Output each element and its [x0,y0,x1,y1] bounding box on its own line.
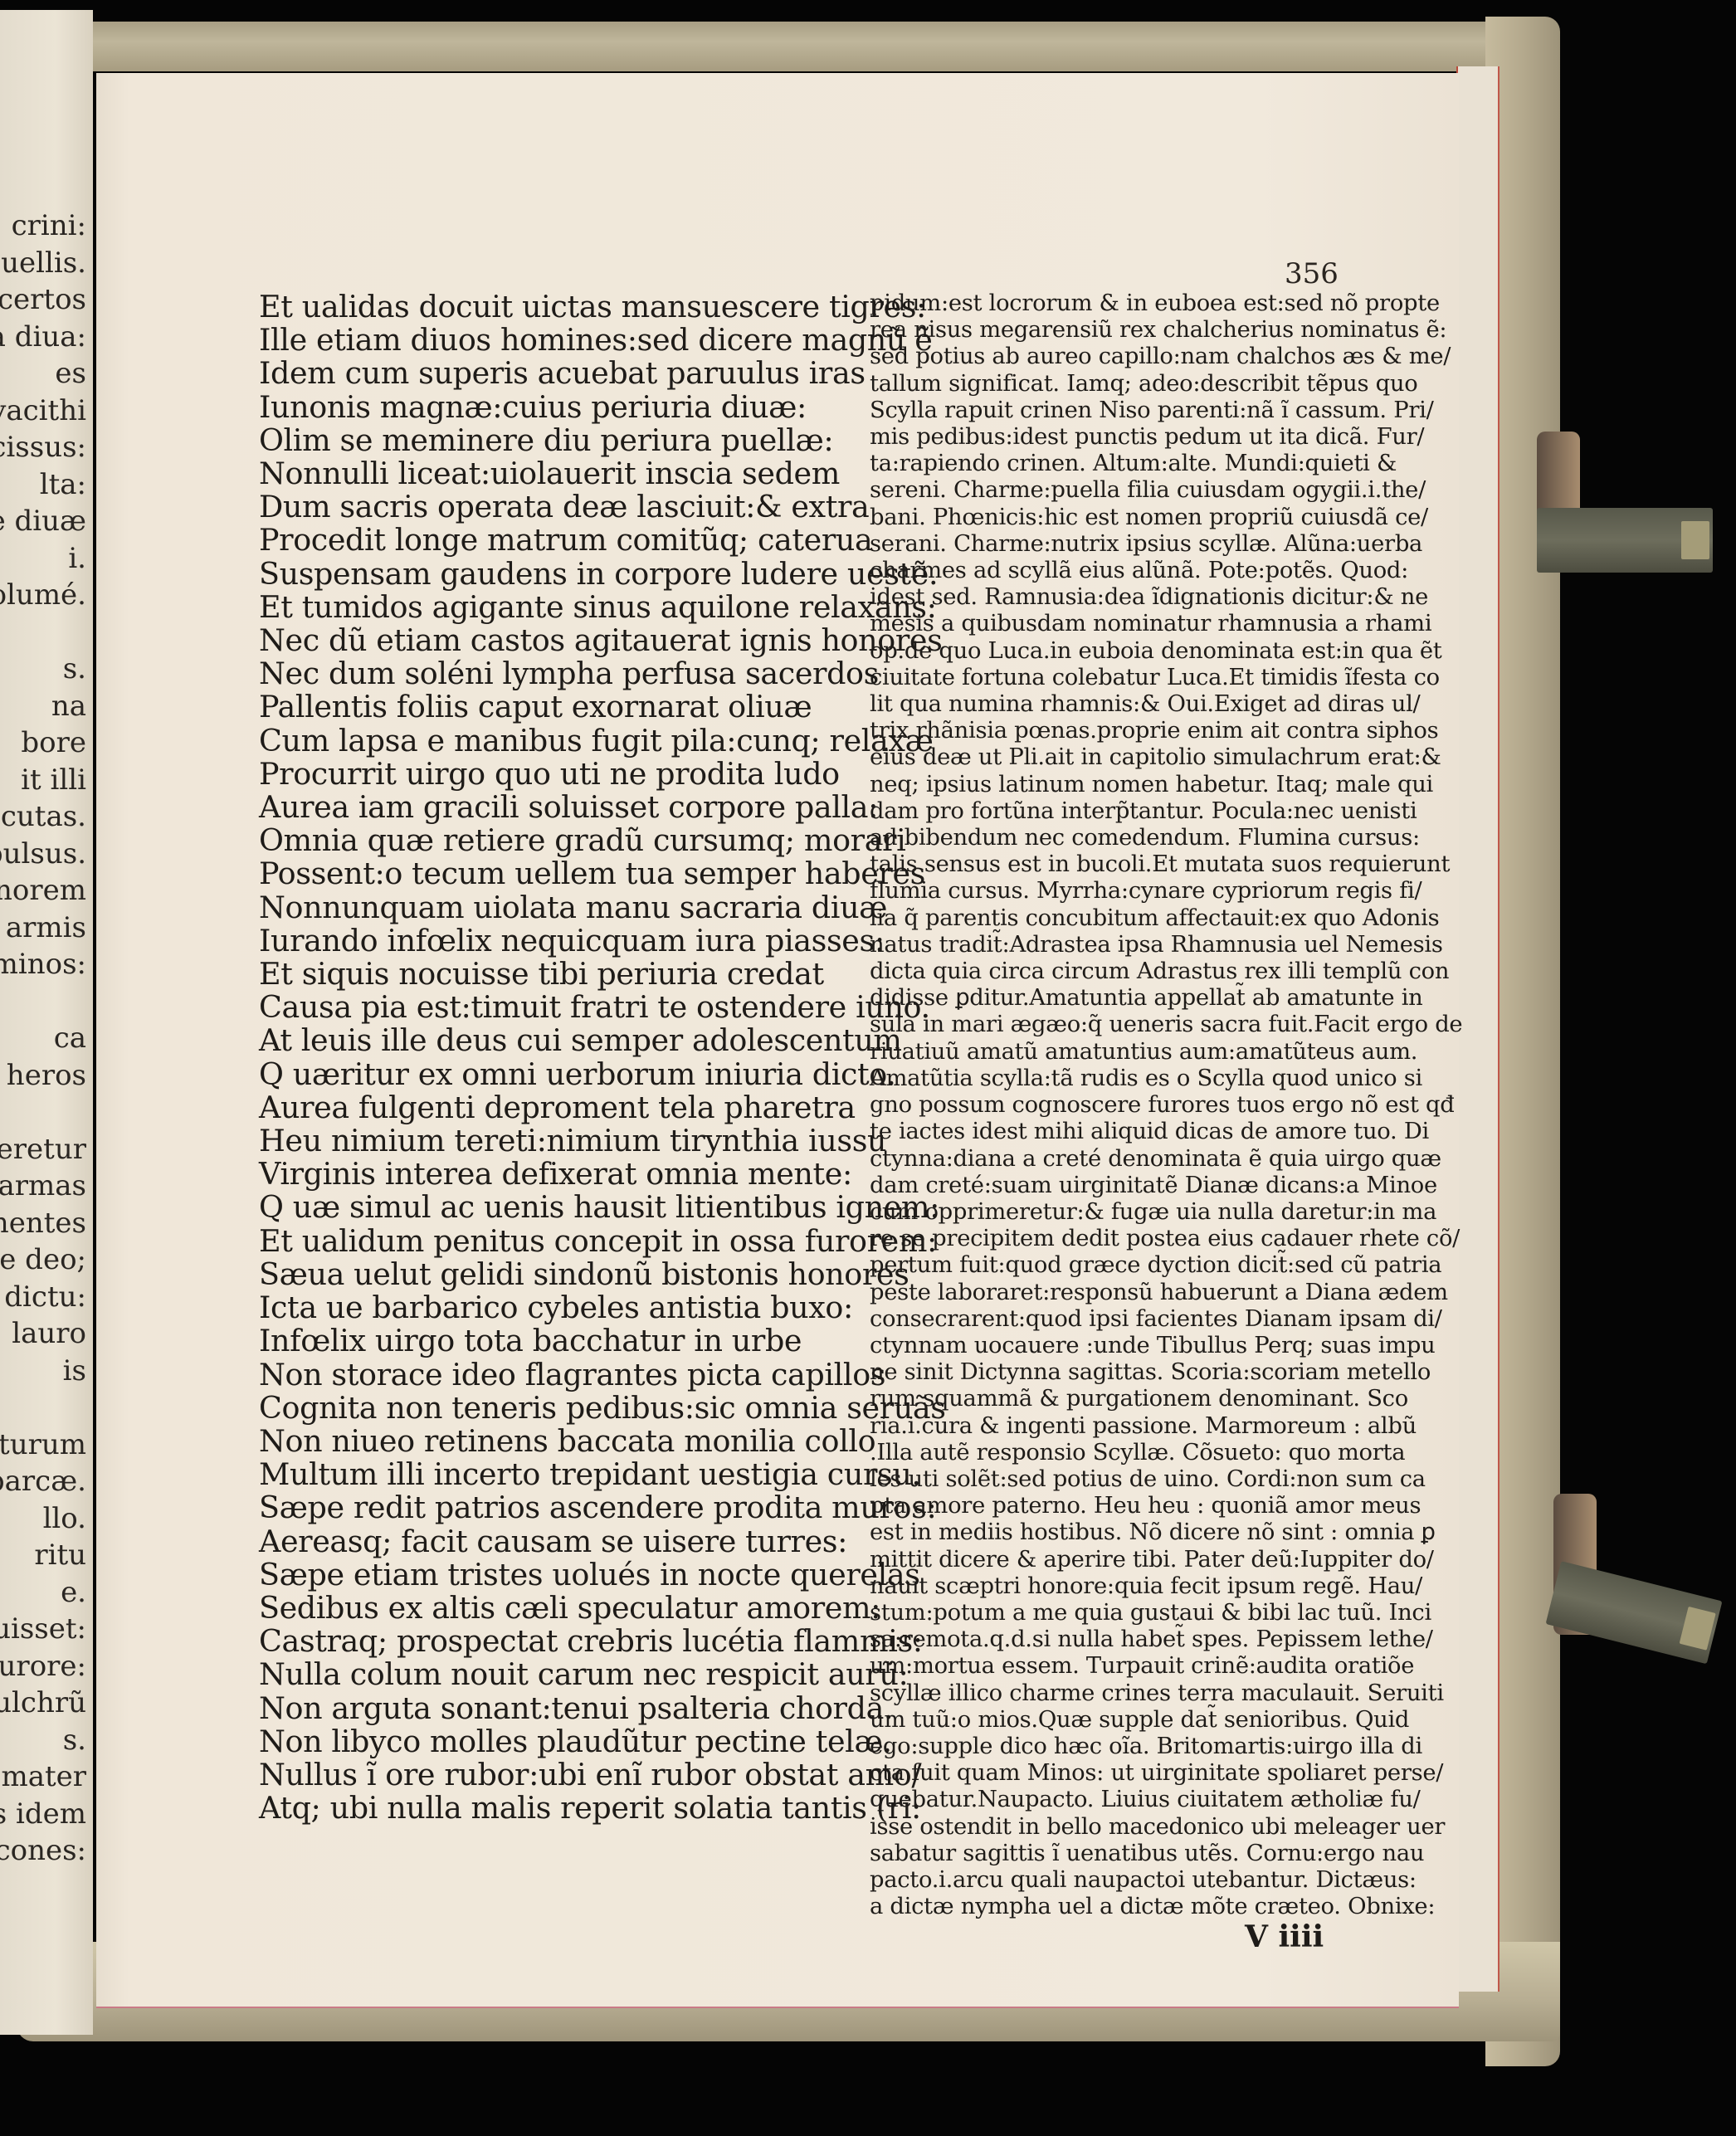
verse-line: Non niueo retinens baccata monilia collo [259,1425,856,1458]
commentary-line: flumia cursus. Myrrha:cynare cypriorum r… [870,878,1381,905]
verse-line: Nec dum soléni lympha perfusa sacerdos [259,657,856,690]
commentary-line: a dictæ nympha uel a dictæ mõte cræteo. … [870,1894,1381,1920]
verse-line: Suspensam gaudens in corpore ludere uest… [259,558,856,591]
commentary-line: rea nisus megarensiũ rex chalcherius nom… [870,317,1381,344]
commentary-line: re se precipitem dedit postea eius cadau… [870,1226,1381,1252]
verse-line: Icta ue barbarico cybeles antistia buxo: [259,1291,856,1324]
commentary-line: ciuitate fortuna colebatur Luca.Et timid… [870,665,1381,691]
facing-page-fragment: sse puellis. [0,246,86,280]
recto-page: 356 Et ualidas docuit uictas mansuescere… [96,73,1459,2008]
commentary-line: op.de quo Luca.in euboia denominata est:… [870,638,1381,665]
page-edge-stack [1456,66,1499,1992]
facing-page-fragment: e parcæ. [0,1465,86,1498]
commentary-line: ta:rapiendo crinen. Altum:alte. Mundi:qu… [870,451,1381,477]
facing-page-fragment: lta: [40,468,86,501]
verse-line: Ille etiam diuos homines:sed dicere magn… [259,324,856,357]
commentary-line: pidum:est locrorum & in euboea est:sed n… [870,290,1381,317]
facing-page-fragment: re mater [0,1760,86,1793]
commentary-line: ne sinit Dictynna sagittas. Scoria:scori… [870,1359,1381,1386]
verse-line: Nonnunquam uiolata manu sacraria diuæ [259,891,856,924]
facing-page-fragment: onorem [0,874,86,907]
verse-line: Idem cum superis acuebat paruulus iras [259,357,856,390]
facing-page-fragment: i. [68,542,86,575]
commentary-line: eius deæ ut Pli.ait in capitolio simulac… [870,744,1381,771]
facing-page-fragment: s idem [0,1797,86,1831]
commentary-column: pidum:est locrorum & in euboea est:sed n… [870,290,1381,1920]
commentary-line: serani. Charme:nutrix ipsius scyllæ. Alũ… [870,531,1381,558]
verse-line: Omnia quæ retiere gradũ cursumq; morari [259,824,856,857]
verse-line: Et tumidos agigante sinus aquilone relax… [259,591,856,624]
commentary-line: gno possum cognoscere furores tuos ergo … [870,1092,1381,1119]
facing-page-fragment: acutas. [0,800,86,833]
commentary-line: sula in mari ægæo:q̃ ueneris sacra fuit.… [870,1012,1381,1038]
commentary-line: um tuũ:o mios.Quæ supple dat̃ senioribus… [870,1707,1381,1734]
commentary-line: riuatiuũ amatũ amatuntius aum:amatũteus … [870,1039,1381,1066]
verse-line: Et siquis nocuisse tibi periuria credat [259,958,856,991]
verse-line: Sedibus ex altis cæli speculatur amorem: [259,1592,856,1625]
facing-page-fragment: furore: [0,1650,86,1683]
commentary-line: charmes ad scyllã eius alũnã. Pote:potẽs… [870,558,1381,584]
verse-line: Olim se meminere diu periura puellæ: [259,424,856,457]
verse-line: Castraq; prospectat crebris lucétia flam… [259,1625,856,1658]
verse-line: Aurea iam gracili soluisset corpore pall… [259,791,856,824]
verse-line: Non arguta sonant:tenui psalteria chorda… [259,1692,856,1725]
verse-line: Cum lapsa e manibus fugit pila:cunq; rel… [259,724,856,758]
verse-line: Causa pia est:timuit fratri te ostendere… [259,991,856,1024]
clasp-lower [1546,1561,1723,1664]
verse-column: Et ualidas docuit uictas mansuescere tig… [259,290,856,1825]
commentary-line: tallum significat. Iamq; adeo:describit … [870,371,1381,397]
commentary-line: trix rhãnisia pœnas.proprie enim ait con… [870,718,1381,744]
verse-line: Possent:o tecum uellem tua semper habere… [259,857,856,890]
verse-line: Virginis interea defixerat omnia mente: [259,1158,856,1191]
facing-page-fragment: armas [0,1169,86,1202]
verse-line: Procurrit uirgo quo uti ne prodita ludo [259,758,856,791]
facing-page-fragment: dictu: [4,1280,86,1314]
commentary-line: mesis a quibusdam nominatur rhamnusia a … [870,611,1381,637]
commentary-line: ad bibendum nec comedendum. Flumina curs… [870,825,1381,851]
commentary-line: sereni. Charme:puella filia cuiusdam ogy… [870,477,1381,504]
facing-page-fragment: pulsus. [0,837,86,870]
verse-line: At leuis ille deus cui semper adolescent… [259,1024,856,1057]
verse-line: Multum illi incerto trepidant uestigia c… [259,1458,856,1491]
verse-line: Q uæ simul ac uenis hausit litientibus i… [259,1191,856,1224]
verse-line: Nec dũ etiam castos agitauerat ignis hon… [259,624,856,657]
verse-line: Aurea fulgenti deproment tela pharetra [259,1091,856,1124]
commentary-line: idest sed. Ramnusia:dea ĩdignationis dic… [870,584,1381,611]
facing-page-fragment: uisset: [0,1612,86,1646]
vellum-binding-top [79,22,1539,71]
commentary-line: pertum fuit:quod græce dyction dicit̃:se… [870,1252,1381,1279]
verse-line: Non storace ideo flagrantes picta capill… [259,1358,856,1392]
commentary-line: peste laboraret:responsũ habuerunt a Dia… [870,1280,1381,1306]
verse-line: Dum sacris operata deæ lasciuit:& extra [259,490,856,524]
verse-line: Sæpe redit patrios ascendere prodita mur… [259,1491,856,1524]
verse-line: Atq; ubi nulla malis reperit solatia tan… [259,1792,856,1825]
commentary-line: .Illa autẽ responsio Scyllæ. Cõsueto: qu… [870,1440,1381,1466]
commentary-line: isse ostendit in bello macedonico ubi me… [870,1814,1381,1841]
facing-page-fragment: heros [7,1059,86,1092]
verse-line: Iunonis magnæ:cuius periuria diuæ: [259,391,856,424]
commentary-line: ctynna:diana a creté denominata ẽ quia u… [870,1146,1381,1173]
commentary-line: stum:potum a me quia gustaui & bibi lac … [870,1600,1381,1626]
verse-line: Sæua uelut gelidi sindonũ bistonis honor… [259,1258,856,1291]
verse-line: Q uæritur ex omni uerborum iniuria dicto… [259,1058,856,1091]
verse-line: Iurando infœlix nequicquam iura piasses: [259,924,856,958]
commentary-line: les uti solẽt:sed potius de uino. Cordi:… [870,1466,1381,1493]
verse-line: Nonnulli liceat:uiolauerit inscia sedem [259,457,856,490]
verse-line: Et ualidas docuit uictas mansuescere tig… [259,290,856,324]
facing-page-fragment: es [55,357,86,390]
commentary-line: sed potius ab aureo capillo:nam chalchos… [870,344,1381,370]
facing-page-fragment: arcissus: [0,431,86,464]
verse-line: Infœlix uirgo tota bacchatur in urbe [259,1324,856,1358]
facing-page-fragment: ge diuæ [0,505,86,538]
facing-page-fragment: t in armis [0,911,86,944]
clasp-tip-lower [1680,1607,1716,1651]
verse-line: Aereasq; facit causam se uisere turres: [259,1525,856,1558]
commentary-line: talis sensus est in bucoli.Et mutata suo… [870,851,1381,878]
commentary-line: bani. Phœnicis:hic est nomen propriũ cui… [870,505,1381,531]
commentary-line: lia q̃ parentis concubitum affectauit:ex… [870,905,1381,932]
verse-line: Cognita non teneris pedibus:sic omnia se… [259,1392,856,1425]
commentary-line: pta amore paterno. Heu heu : quoniã amor… [870,1493,1381,1519]
verse-line: Pallentis foliis caput exornarat oliuæ [259,690,856,724]
commentary-line: lit qua numina rhamnis:& Oui.Exiget ad d… [870,691,1381,718]
commentary-line: mis pedibus:idest punctis pedum ut ita d… [870,424,1381,451]
facing-page-fragment: bore [21,726,86,759]
clasp-upper [1537,508,1713,573]
facing-page-fragment: it illi [21,763,86,797]
commentary-line: quebatur.Naupacto. Liuius ciuitatem ætho… [870,1787,1381,1813]
facing-page-fragment: na [51,690,86,723]
commentary-line: Scylla rapuit crinen Niso parenti:nã ĩ c… [870,397,1381,424]
facing-page-fragment: s. [63,652,86,685]
commentary-line: didisse ꝑditur.Amatuntia appellat̃ ab am… [870,985,1381,1012]
commentary-line: cum opprimeretur:& fugæ uia nulla daretu… [870,1199,1381,1226]
verse-line: Non libyco molles plaudũtur pectine telæ… [259,1725,856,1758]
facing-page-fragment: cones: [0,1834,86,1867]
facing-page-fragment: crini: [12,209,86,242]
verse-line: Heu nimium tereti:nimium tirynthia iussu [259,1124,856,1158]
facing-page-fragment: s. [63,1724,86,1757]
commentary-line: scyllæ illico charme crines terra macula… [870,1680,1381,1707]
facing-page-fragment: hyacithi [0,394,86,427]
facing-page-fragment: mia diua: [0,320,86,354]
commentary-line: dam creté:suam uirginitatẽ Dianæ dicans:… [870,1173,1381,1199]
commentary-line: Amatũtia scylla:tã rudis es o Scylla quo… [870,1066,1381,1092]
facing-page-fragment: ritu [34,1539,86,1572]
commentary-line: mittit dicere & aperire tibi. Pater deũ:… [870,1547,1381,1573]
facing-page-fragment: tere certos [0,283,86,316]
commentary-line: ctynnam uocauere :unde Tibullus Perq; su… [870,1333,1381,1359]
clasp-tip-upper [1681,521,1709,559]
commentary-line: consecrarent:quod ipsi facientes Dianam … [870,1306,1381,1333]
facing-page-fragment: olumé. [0,578,86,612]
facing-page-fragment: ca [54,1022,86,1055]
facing-page-fragment: e. [61,1576,86,1609]
verse-line: Nulla colum nouit carum nec respicit aur… [259,1658,856,1691]
facing-page-fragment: lauro [12,1317,86,1350]
commentary-line: sabatur sagittis ĩ uenatibus utẽs. Cornu… [870,1841,1381,1867]
facing-page-fragment: epulchrũ [0,1686,86,1719]
verse-line: Nullus ĩ ore rubor:ubi enĩ rubor obstat … [259,1758,856,1792]
commentary-line: dicta quia circa circum Adrastus rex ill… [870,958,1381,985]
verse-line: Sæpe etiam tristes uolués in nocte quere… [259,1558,856,1592]
commentary-line: rum squammã & purgationem denominant. Sc… [870,1386,1381,1412]
verse-line: Et ualidum penitus concepit in ossa furo… [259,1225,856,1258]
facing-page-fragment: llo. [43,1502,86,1535]
commentary-line: te iactes idest mihi aliquid dicas de am… [870,1119,1381,1145]
commentary-line: neq; ipsius latinum nomen habetur. Itaq;… [870,772,1381,798]
facing-page-fragment: sse deo; [0,1243,86,1276]
commentary-line: pacto.i.arcu quali naupactoi utebantur. … [870,1867,1381,1894]
facing-page-fragment: futurum [0,1428,86,1461]
facing-page-fragment: is [63,1354,86,1387]
facing-page-left: crini:sse puellis.tere certosmia diua:es… [0,10,93,2035]
verse-line: Procedit longe matrum comitũq; caterua [259,524,856,557]
commentary-line: sa:remota.q.d.si nulla habet̃ spes. Pepi… [870,1626,1381,1653]
commentary-line: ego:supple dico hæc oĩa. Britomartis:uir… [870,1734,1381,1760]
facing-page-fragment: minos: [0,948,86,981]
commentary-line: est in mediis hostibus. Nõ dicere nõ sin… [870,1519,1381,1546]
commentary-line: dam pro fortũna interp̃tantur. Pocula:ne… [870,798,1381,825]
folio-number: 356 [1285,257,1339,290]
signature-mark: V iiii [1245,1919,1324,1954]
commentary-line: natus tradit̃:Adrastea ipsa Rhamnusia ue… [870,932,1381,958]
commentary-line: cta fuit quam Minos: ut uirginitate spol… [870,1760,1381,1787]
facing-page-fragment: ueretur [0,1133,86,1166]
commentary-line: nauit scæptri honore:quia fecit ipsum re… [870,1573,1381,1600]
facing-page-fragment: e mentes [0,1207,86,1240]
commentary-line: ria.i.cura & ingenti passione. Marmoreum… [870,1413,1381,1440]
commentary-line: um:mortua essem. Turpauit crinẽ:audita o… [870,1653,1381,1680]
